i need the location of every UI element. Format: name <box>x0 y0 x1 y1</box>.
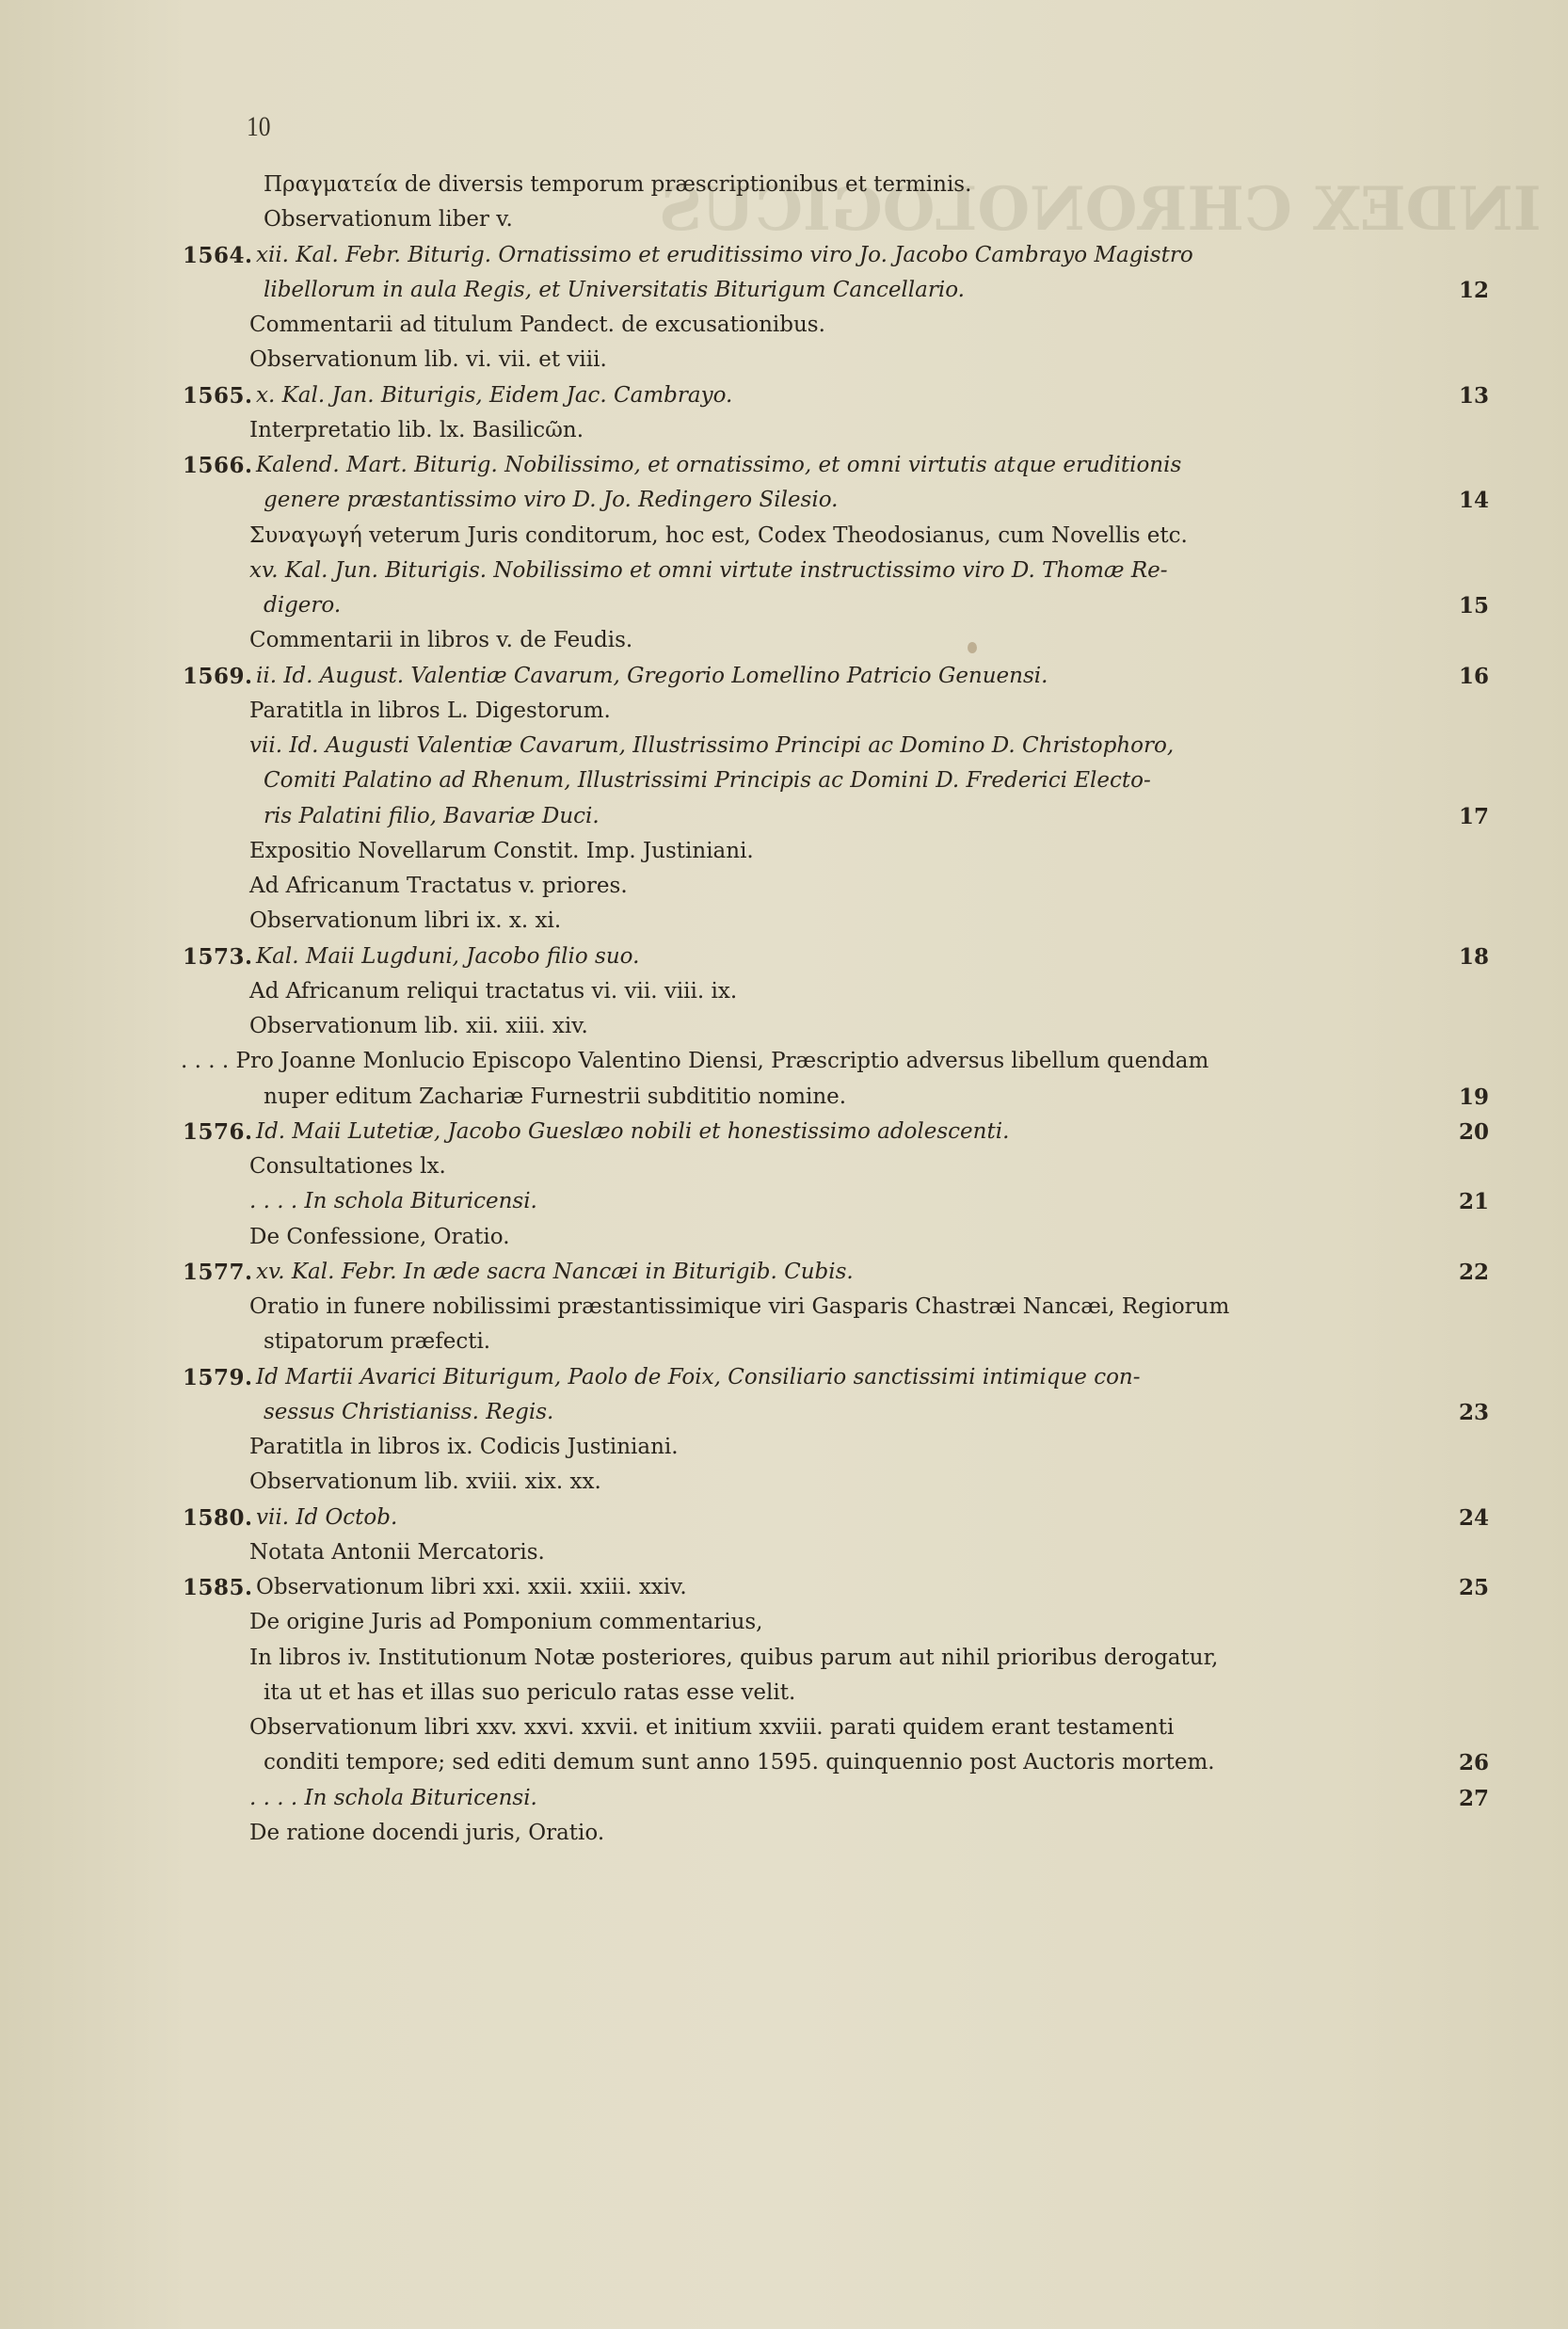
index-entry: 1573.Kal. Maii Lugduni, Jacobo filio suo… <box>0 940 1568 974</box>
entry-text: Kal. Maii Lugduni, Jacobo filio suo. <box>256 940 639 974</box>
entry-text: Observationum libri ix. x. xi. <box>249 904 561 939</box>
index-entry: Observationum liber v. <box>0 202 1568 237</box>
index-entry: 1576.Id. Maii Lutetiæ, Jacobo Gueslæo no… <box>0 1115 1568 1149</box>
index-entry: Commentarii ad titulum Pandect. de excus… <box>0 308 1568 343</box>
entry-text: libellorum in aula Regis, et Universitat… <box>264 273 965 308</box>
entry-text: Observationum lib. xii. xiii. xiv. <box>249 1009 588 1044</box>
index-entry: Interpretatio lib. lx. Basilicῶn. <box>0 413 1568 448</box>
entry-text: In libros iv. Institutionum Notæ posteri… <box>249 1641 1218 1676</box>
page-reference: 24 <box>1442 1501 1489 1535</box>
index-entry: Πραγματεία de diversis temporum præscrip… <box>0 168 1568 202</box>
page-reference: 18 <box>1442 940 1489 974</box>
page-reference: 14 <box>1442 483 1489 518</box>
entry-text: Ad Africanum Tractatus v. priores. <box>249 869 628 904</box>
index-entry: 1585.Observationum libri xxi. xxii. xxii… <box>0 1570 1568 1605</box>
index-entry: De Confessione, Oratio. <box>0 1220 1568 1255</box>
entry-text: Συναγωγή veterum Juris conditorum, hoc e… <box>249 519 1188 554</box>
entry-year: 1577. <box>183 1255 253 1290</box>
entry-text: Paratitla in libros L. Digestorum. <box>249 694 611 729</box>
entry-text: Paratitla in libros ix. Codicis Justinia… <box>249 1430 679 1465</box>
index-entry: Observationum libri ix. x. xi. <box>0 904 1568 939</box>
index-entry: ita ut et has et illas suo periculo rata… <box>0 1676 1568 1711</box>
entry-text: vii. Id Octob. <box>256 1501 397 1535</box>
index-entry: genere præstantissimo viro D. Jo. Reding… <box>0 483 1568 518</box>
index-entry: Observationum lib. vi. vii. et viii. <box>0 343 1568 377</box>
index-entry: Paratitla in libros L. Digestorum. <box>0 694 1568 729</box>
entry-text: Observationum libri xxv. xxvi. xxvii. et… <box>249 1711 1174 1745</box>
index-entry: 1564.xii. Kal. Febr. Biturig. Ornatissim… <box>0 238 1568 273</box>
index-entry: 1566.Kalend. Mart. Biturig. Nobilissimo,… <box>0 448 1568 483</box>
index-entry: conditi tempore; sed editi demum sunt an… <box>0 1745 1568 1780</box>
entry-text: xii. Kal. Febr. Biturig. Ornatissimo et … <box>256 238 1193 273</box>
entry-year: 1576. <box>183 1115 253 1149</box>
entry-text: Kalend. Mart. Biturig. Nobilissimo, et o… <box>256 448 1181 483</box>
entry-text: Comiti Palatino ad Rhenum, Illustrissimi… <box>264 763 1151 798</box>
entry-text: De Confessione, Oratio. <box>249 1220 510 1255</box>
ink-spot <box>968 642 977 653</box>
index-entry: Observationum libri xxv. xxvi. xxvii. et… <box>0 1711 1568 1745</box>
document-page: INDEX CHRONOLOGICUS 10 Πραγματεία de div… <box>0 0 1568 2329</box>
index-entry: Notata Antonii Mercatoris. <box>0 1535 1568 1570</box>
entry-text: Id Martii Avarici Biturigum, Paolo de Fo… <box>256 1360 1141 1395</box>
index-entry: In libros iv. Institutionum Notæ posteri… <box>0 1641 1568 1676</box>
entry-text: Expositio Novellarum Constit. Imp. Justi… <box>249 834 754 869</box>
index-entry: 1565.x. Kal. Jan. Biturigis, Eidem Jac. … <box>0 378 1568 413</box>
entry-text: . . . . Pro Joanne Monlucio Episcopo Val… <box>181 1044 1208 1079</box>
index-entry: . . . . In schola Bituricensi.21 <box>0 1184 1568 1219</box>
entry-text: . . . . In schola Bituricensi. <box>249 1184 537 1219</box>
index-entry: 1580.vii. Id Octob.24 <box>0 1501 1568 1535</box>
entry-text: nuper editum Zachariæ Furnestrii subditi… <box>264 1080 846 1115</box>
index-entry: ris Palatini filio, Bavariæ Duci.17 <box>0 799 1568 834</box>
page-reference: 27 <box>1442 1781 1489 1816</box>
entry-text: conditi tempore; sed editi demum sunt an… <box>264 1745 1215 1780</box>
index-entry: Oratio in funere nobilissimi præstantiss… <box>0 1290 1568 1325</box>
index-entry: 1577.xv. Kal. Febr. In æde sacra Nancæi … <box>0 1255 1568 1290</box>
entry-text: Observationum libri xxi. xxii. xxiii. xx… <box>256 1570 687 1605</box>
index-entry: . . . . In schola Bituricensi.27 <box>0 1781 1568 1816</box>
page-reference: 25 <box>1442 1570 1489 1605</box>
index-entry: De origine Juris ad Pomponium commentari… <box>0 1605 1568 1640</box>
entry-year: 1566. <box>183 448 253 483</box>
index-entry: . . . . Pro Joanne Monlucio Episcopo Val… <box>0 1044 1568 1079</box>
index-entry: Observationum lib. xviii. xix. xx. <box>0 1465 1568 1500</box>
page-reference: 15 <box>1442 588 1489 623</box>
page-reference: 19 <box>1442 1080 1489 1115</box>
index-entry: libellorum in aula Regis, et Universitat… <box>0 273 1568 308</box>
index-entry: Ad Africanum Tractatus v. priores. <box>0 869 1568 904</box>
page-number: 10 <box>247 111 271 143</box>
entry-text: Interpretatio lib. lx. Basilicῶn. <box>249 413 584 448</box>
entry-text: xv. Kal. Febr. In æde sacra Nancæi in Bi… <box>256 1255 854 1290</box>
entry-text: genere præstantissimo viro D. Jo. Reding… <box>264 483 838 518</box>
entry-text: Commentarii in libros v. de Feudis. <box>249 623 632 658</box>
entry-text: . . . . In schola Bituricensi. <box>249 1781 537 1816</box>
entry-text: stipatorum præfecti. <box>264 1325 490 1359</box>
entry-text: Ad Africanum reliqui tractatus vi. vii. … <box>249 974 737 1009</box>
index-entry: Expositio Novellarum Constit. Imp. Justi… <box>0 834 1568 869</box>
entry-year: 1579. <box>183 1360 253 1395</box>
entry-text: Notata Antonii Mercatoris. <box>249 1535 545 1570</box>
entry-text: Id. Maii Lutetiæ, Jacobo Gueslæo nobili … <box>256 1115 1009 1149</box>
page-reference: 20 <box>1442 1115 1489 1149</box>
entry-text: sessus Christianiss. Regis. <box>264 1395 553 1430</box>
entry-text: Observationum lib. xviii. xix. xx. <box>249 1465 601 1500</box>
page-reference: 22 <box>1442 1255 1489 1290</box>
entry-year: 1565. <box>183 378 253 413</box>
entry-text: Observationum liber v. <box>264 202 513 237</box>
entry-year: 1573. <box>183 940 253 974</box>
entry-text: Observationum lib. vi. vii. et viii. <box>249 343 607 377</box>
index-entry: sessus Christianiss. Regis.23 <box>0 1395 1568 1430</box>
index-entry: Observationum lib. xii. xiii. xiv. <box>0 1009 1568 1044</box>
entry-text: De ratione docendi juris, Oratio. <box>249 1816 604 1851</box>
index-entry: Commentarii in libros v. de Feudis. <box>0 623 1568 658</box>
page-reference: 13 <box>1442 378 1489 413</box>
index-entry: Συναγωγή veterum Juris conditorum, hoc e… <box>0 519 1568 554</box>
page-reference: 21 <box>1442 1184 1489 1219</box>
page-reference: 16 <box>1442 659 1489 694</box>
entry-year: 1569. <box>183 659 253 694</box>
index-entry: vii. Id. Augusti Valentiæ Cavarum, Illus… <box>0 729 1568 763</box>
index-entry: Comiti Palatino ad Rhenum, Illustrissimi… <box>0 763 1568 798</box>
entry-text: digero. <box>264 588 341 623</box>
page-reference: 12 <box>1442 273 1489 308</box>
index-entry: 1579.Id Martii Avarici Biturigum, Paolo … <box>0 1360 1568 1395</box>
page-reference: 17 <box>1442 799 1489 834</box>
entry-text: Oratio in funere nobilissimi præstantiss… <box>249 1290 1229 1325</box>
entry-year: 1580. <box>183 1501 253 1535</box>
index-entry: Consultationes lx. <box>0 1149 1568 1184</box>
entry-text: vii. Id. Augusti Valentiæ Cavarum, Illus… <box>249 729 1174 763</box>
entry-year: 1585. <box>183 1570 253 1605</box>
entry-text: Commentarii ad titulum Pandect. de excus… <box>249 308 825 343</box>
page-reference: 26 <box>1442 1745 1489 1780</box>
page-reference: 23 <box>1442 1395 1489 1430</box>
index-entry: 1569.ii. Id. August. Valentiæ Cavarum, G… <box>0 659 1568 694</box>
index-entry: Ad Africanum reliqui tractatus vi. vii. … <box>0 974 1568 1009</box>
index-entry: Paratitla in libros ix. Codicis Justinia… <box>0 1430 1568 1465</box>
index-entry: digero.15 <box>0 588 1568 623</box>
index-entry: De ratione docendi juris, Oratio. <box>0 1816 1568 1851</box>
entry-text: ita ut et has et illas suo periculo rata… <box>264 1676 795 1711</box>
entry-year: 1564. <box>183 238 253 273</box>
entry-text: ris Palatini filio, Bavariæ Duci. <box>264 799 600 834</box>
entry-text: Consultationes lx. <box>249 1149 446 1184</box>
index-entry: nuper editum Zachariæ Furnestrii subditi… <box>0 1080 1568 1115</box>
entry-text: x. Kal. Jan. Biturigis, Eidem Jac. Cambr… <box>256 378 732 413</box>
index-entry: stipatorum præfecti. <box>0 1325 1568 1359</box>
entry-text: Πραγματεία de diversis temporum præscrip… <box>264 168 971 202</box>
index-entry: xv. Kal. Jun. Biturigis. Nobilissimo et … <box>0 554 1568 588</box>
entry-text: ii. Id. August. Valentiæ Cavarum, Gregor… <box>256 659 1048 694</box>
entry-text: De origine Juris ad Pomponium commentari… <box>249 1605 763 1640</box>
entry-text: xv. Kal. Jun. Biturigis. Nobilissimo et … <box>249 554 1168 588</box>
